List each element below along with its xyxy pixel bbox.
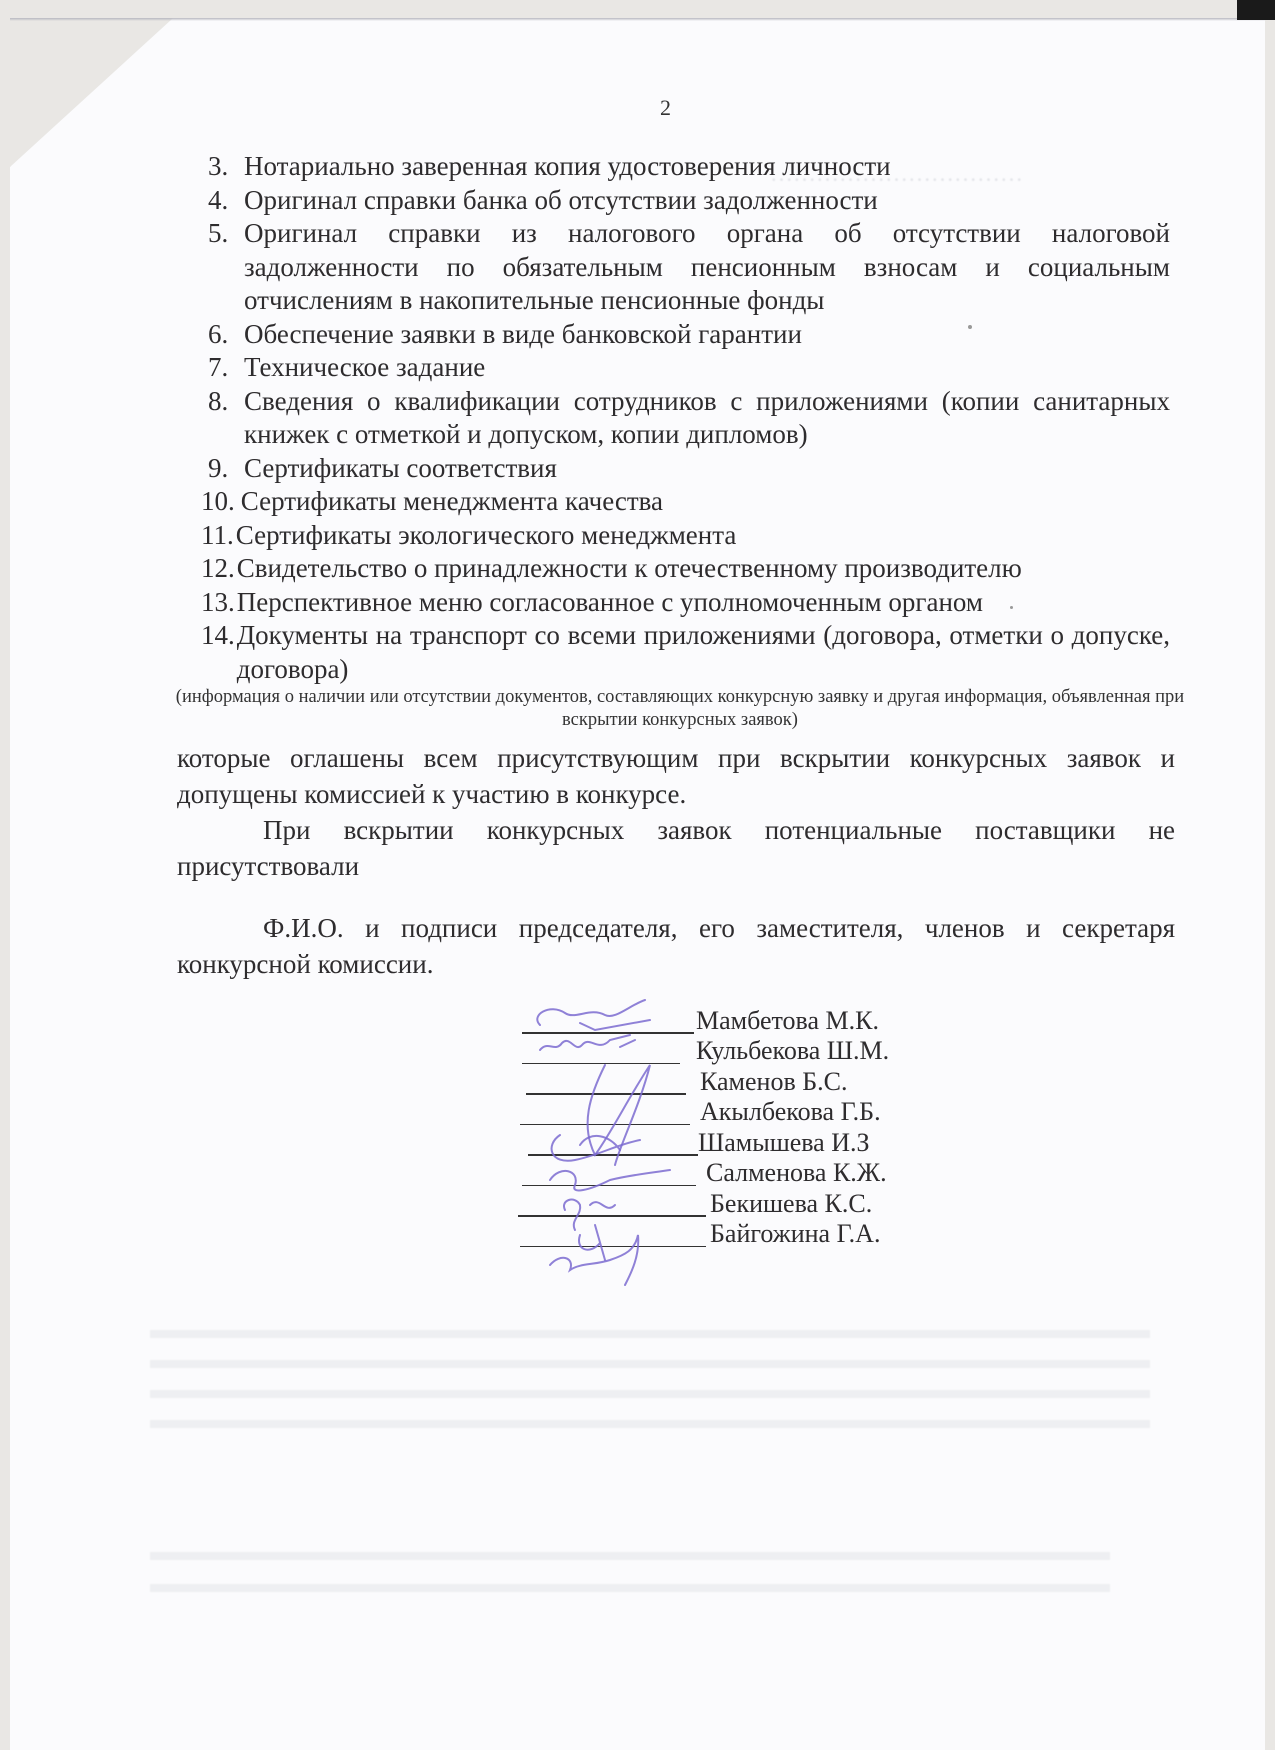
signature-block: Мамбетова М.К. Кульбекова Ш.М. Каменов Б… [520, 1005, 1020, 1249]
list-item-number: 12. [201, 552, 237, 586]
list-item: 12.Свидетельство о принадлежности к отеч… [201, 552, 1170, 586]
list-item: 14.Документы на транспорт со всеми прило… [201, 619, 1170, 686]
signatory-name: Байгожина Г.А. [710, 1219, 880, 1249]
signature-row: Байгожина Г.А. [520, 1219, 1020, 1250]
list-item-number: 4. [208, 184, 244, 218]
list-item-text: Оригинал справки из налогового органа об… [244, 217, 1170, 318]
signature-line [522, 1185, 696, 1187]
list-item-number: 6. [208, 318, 244, 352]
signatory-name: Кульбекова Ш.М. [696, 1036, 889, 1066]
list-item: 4.Оригинал справки банка об отсутствии з… [208, 184, 1170, 218]
list-item-text: Сертификаты менеджмента качества [241, 485, 1170, 519]
signatory-name: Бекишева К.С. [710, 1189, 872, 1219]
page-edge-shadow [10, 18, 1265, 21]
signatory-name: Акылбекова Г.Б. [700, 1097, 881, 1127]
signatory-name: Каменов Б.С. [700, 1067, 848, 1097]
list-item-number: 11. [201, 519, 236, 553]
list-item-text: Сертификаты соответствия [244, 452, 1170, 486]
list-item-text: Свидетельство о принадлежности к отечест… [237, 552, 1170, 586]
list-item: 6.Обеспечение заявки в виде банковской г… [208, 318, 1170, 352]
signature-row: Бекишева К.С. [520, 1188, 1020, 1219]
list-item-number: 14. [201, 619, 237, 686]
list-item-number: 8. [208, 385, 244, 452]
list-item-number: 10. [201, 485, 241, 519]
list-item: 3.Нотариально заверенная копия удостовер… [208, 150, 1170, 184]
list-item-number: 5. [208, 217, 244, 318]
list-item: 5.Оригинал справки из налогового органа … [208, 217, 1170, 318]
scan-speck [968, 325, 972, 329]
list-item-number: 7. [208, 351, 244, 385]
scanner-edge [1237, 0, 1275, 20]
list-item-text: Сведения о квалификации сотрудников с пр… [244, 385, 1170, 452]
list-item: 9.Сертификаты соответствия [208, 452, 1170, 486]
list-item: 8.Сведения о квалификации сотрудников с … [208, 385, 1170, 452]
signature-line [520, 1124, 690, 1126]
signature-row: Салменова К.Ж. [520, 1158, 1020, 1189]
signature-line [518, 1215, 706, 1217]
list-item: 7.Техническое задание [208, 351, 1170, 385]
signature-line [520, 1246, 706, 1248]
signature-row: Каменов Б.С. [520, 1066, 1020, 1097]
list-item-text: Нотариально заверенная копия удостоверен… [244, 150, 1170, 184]
list-item-text: Сертификаты экологического менеджмента [236, 519, 1170, 553]
list-item-text: Документы на транспорт со всеми приложен… [237, 619, 1170, 686]
list-item-text: Оригинал справки банка об отсутствии зад… [244, 184, 1170, 218]
signature-line [526, 1093, 686, 1095]
paragraph-announced: которые оглашены всем присутствующим при… [177, 740, 1175, 812]
list-item-text: Техническое задание [244, 351, 1170, 385]
list-item-text: Перспективное меню согласованное с уполн… [237, 586, 1170, 620]
signature-row: Мамбетова М.К. [520, 1005, 1020, 1036]
list-item-number: 9. [208, 452, 244, 486]
paragraph-text: Ф.И.О. и подписи председателя, его замес… [177, 913, 1175, 979]
signature-line [522, 1032, 694, 1034]
signatory-name: Шамышева И.З [698, 1128, 870, 1158]
paragraph-text: которые оглашены всем присутствующим при… [177, 743, 1175, 809]
signature-line [522, 1063, 680, 1065]
signature-row: Акылбекова Г.Б. [520, 1097, 1020, 1128]
signature-line [528, 1154, 698, 1156]
bleed-through-text [150, 1528, 1110, 1608]
list-item: 13.Перспективное меню согласованное с уп… [201, 586, 1170, 620]
list-caption: (информация о наличии или отсутствии док… [175, 686, 1185, 732]
list-item-number: 3. [208, 150, 244, 184]
scan-speck [1010, 606, 1013, 609]
list-item: 10.Сертификаты менеджмента качества [201, 485, 1170, 519]
signature-row: Шамышева И.З [520, 1127, 1020, 1158]
paragraph-suppliers-absent: При вскрытии конкурсных заявок потенциал… [177, 812, 1175, 884]
document-list: 3.Нотариально заверенная копия удостовер… [208, 150, 1170, 686]
list-item-text: Обеспечение заявки в виде банковской гар… [244, 318, 1170, 352]
paragraph-text: При вскрытии конкурсных заявок потенциал… [177, 815, 1175, 881]
signature-row: Кульбекова Ш.М. [520, 1036, 1020, 1067]
paragraph-signatures-intro: Ф.И.О. и подписи председателя, его замес… [177, 910, 1175, 982]
signatory-name: Мамбетова М.К. [696, 1006, 879, 1036]
list-item: 11.Сертификаты экологического менеджмент… [201, 519, 1170, 553]
list-item-number: 13. [201, 586, 237, 620]
signatory-name: Салменова К.Ж. [706, 1158, 887, 1188]
page-number: 2 [660, 95, 671, 121]
bleed-through-text [150, 1308, 1150, 1428]
